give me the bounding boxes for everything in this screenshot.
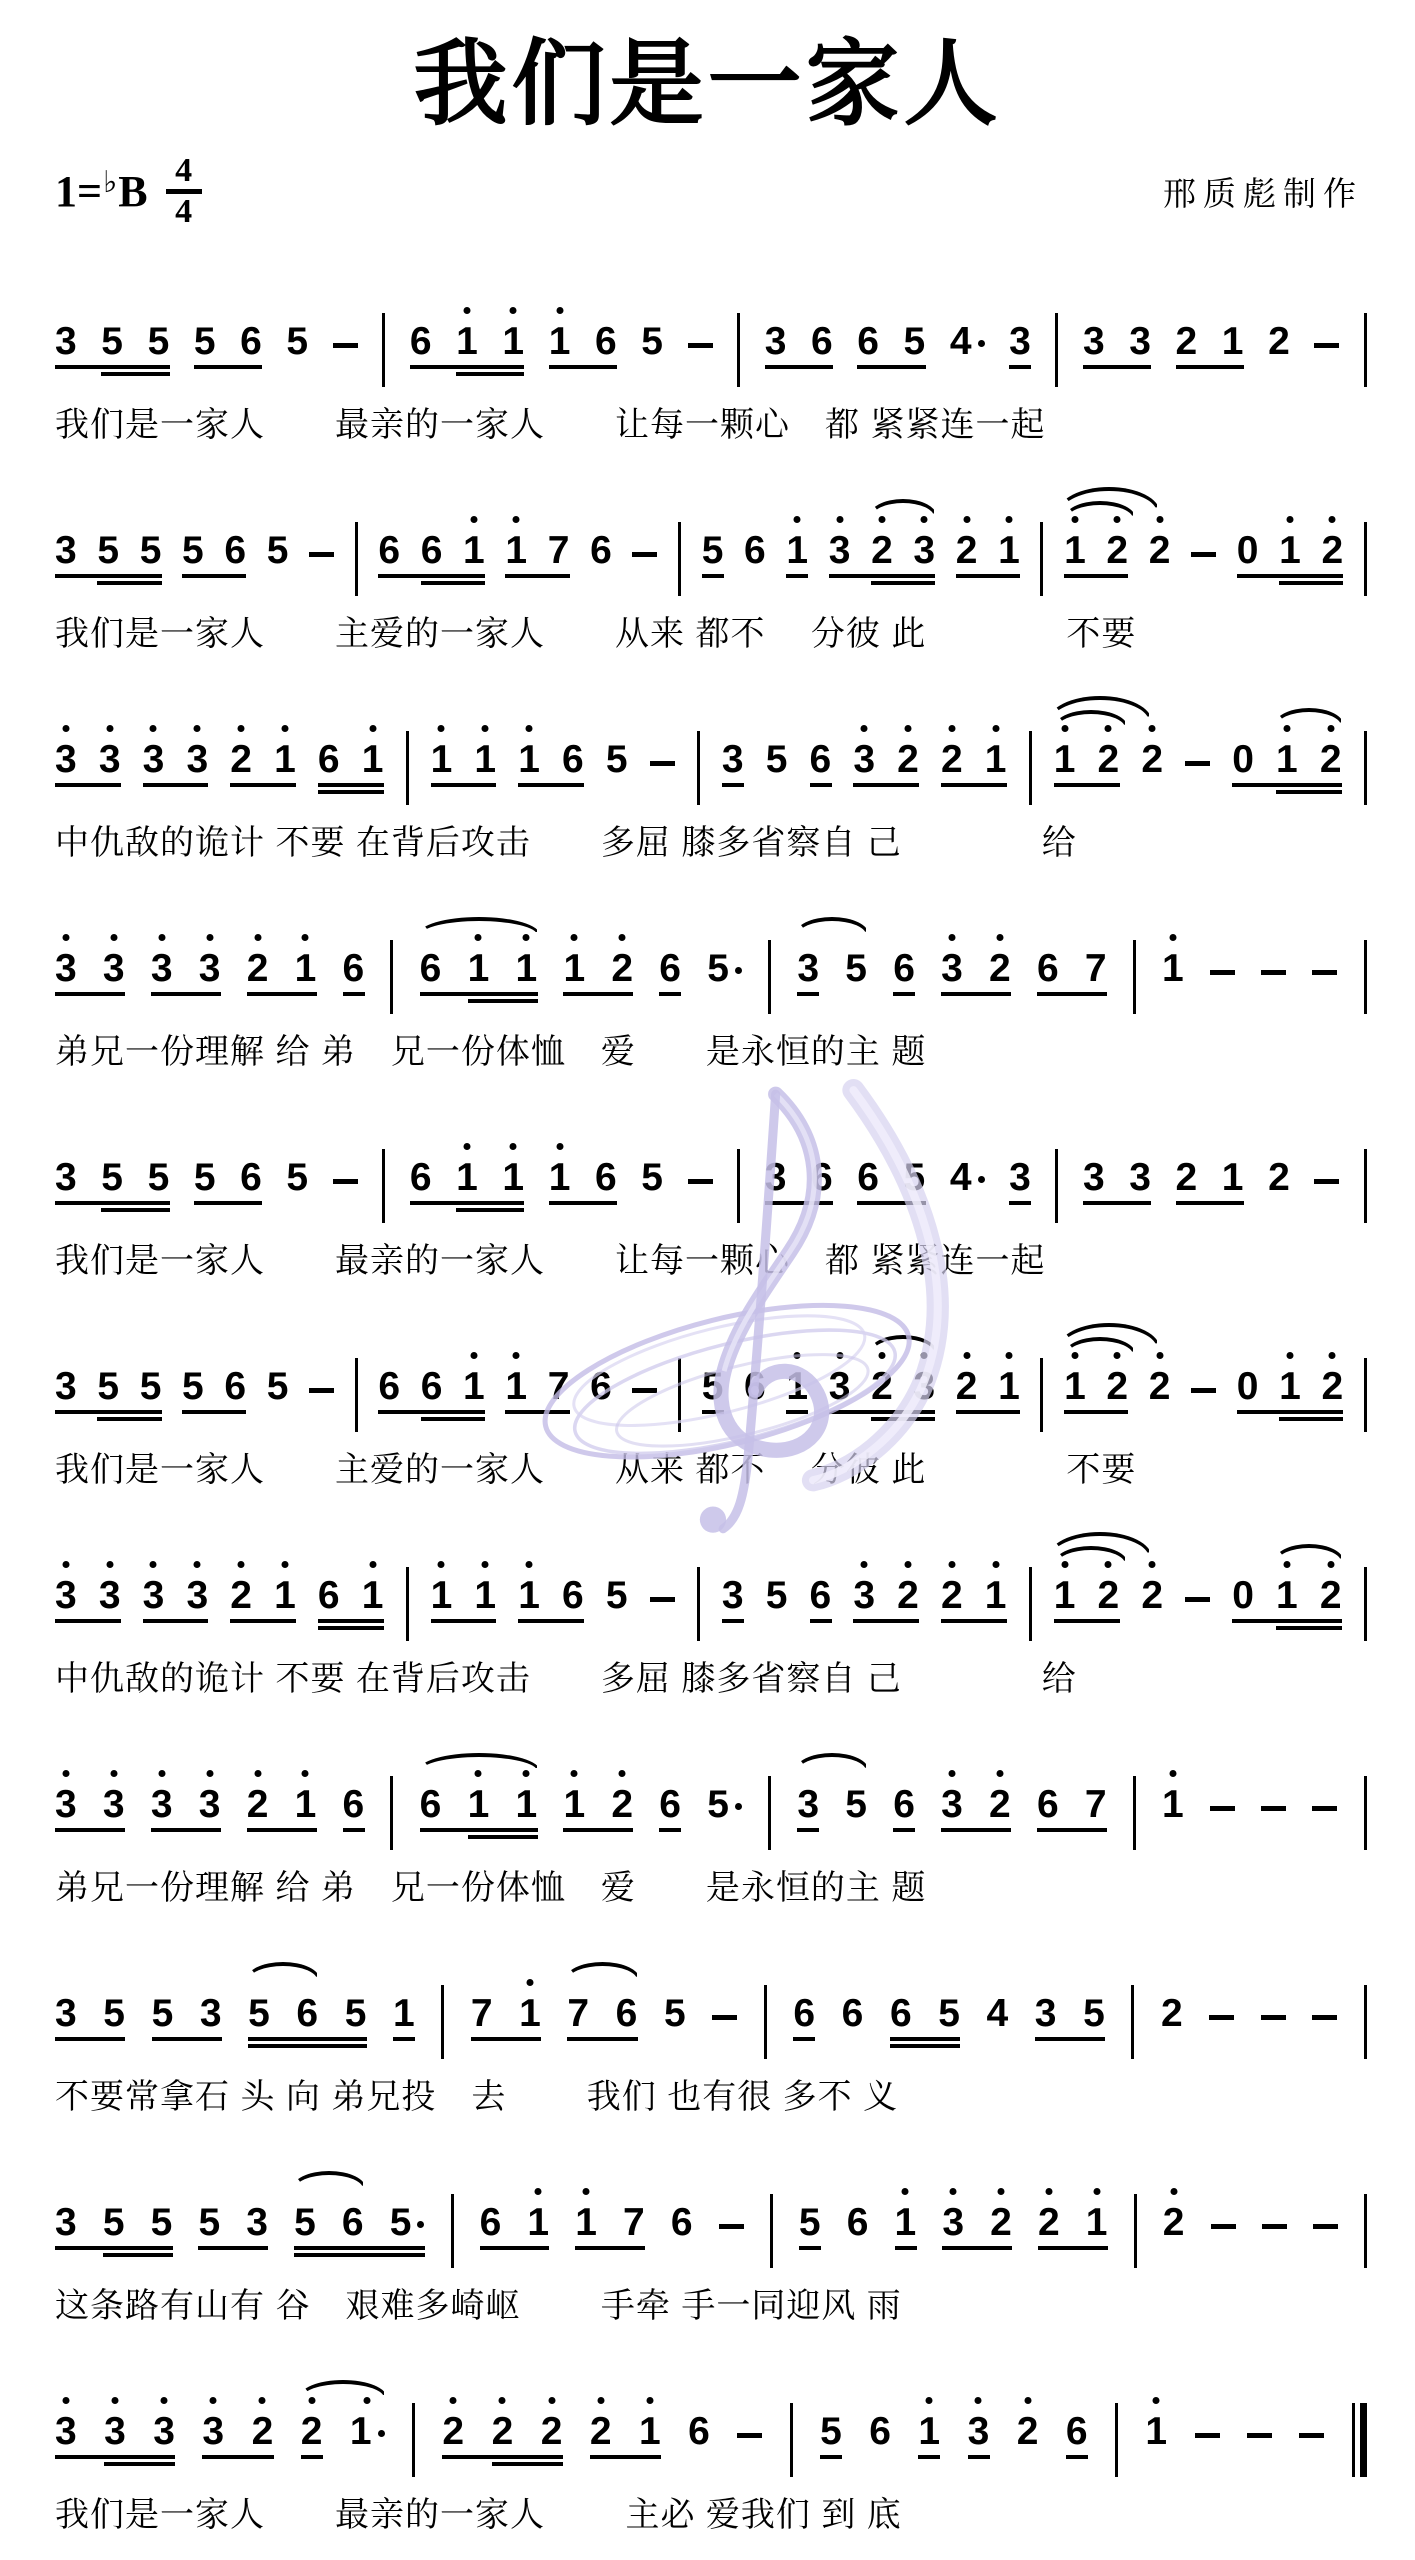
note: 6 (224, 1367, 246, 1407)
note: 6 (811, 1158, 833, 1198)
note-number: 2 (1149, 531, 1171, 571)
note-number: 7 (623, 2203, 645, 2243)
dash-note (333, 1158, 358, 1198)
beam-underline (549, 1201, 617, 1205)
beam-underline (765, 1201, 833, 1205)
dash-note (688, 322, 713, 362)
note: 5 (707, 1785, 742, 1825)
note: 2 (1268, 322, 1290, 362)
octave-dot (996, 934, 1003, 941)
note-number: 2 (301, 2412, 323, 2452)
time-signature-numerator: 4 (175, 156, 192, 186)
note: 1 (527, 2203, 549, 2243)
note-number: 2 (941, 1576, 963, 1616)
note-number: 5 (707, 949, 729, 989)
slur-arc (795, 1753, 869, 1771)
note: 2 (590, 2412, 612, 2452)
note: 5 (345, 1994, 367, 2034)
augmentation-dot (978, 340, 985, 347)
beam-underline (101, 1208, 170, 1212)
dash-note (1191, 531, 1216, 571)
note-number: 1 (502, 322, 524, 362)
octave-dot (161, 2397, 168, 2404)
score-line: 35556561116536654333212我们是一家人 最亲的一家人 让每一… (55, 296, 1367, 448)
note: 2 (1268, 1158, 1290, 1198)
note: 6 (410, 322, 432, 362)
beam-underline (182, 574, 246, 578)
octave-dot (206, 1770, 213, 1777)
slur-arc (869, 1335, 937, 1353)
note: 6 (595, 322, 617, 362)
octave-dot (150, 725, 157, 732)
note-number: 2 (1106, 531, 1128, 571)
note-number: 3 (55, 322, 77, 362)
note-number: 5 (766, 740, 788, 780)
note-number: 0 (1237, 1367, 1259, 1407)
note: 6 (671, 2203, 693, 2243)
octave-dot (921, 1352, 928, 1359)
dash-note (1261, 1994, 1286, 2034)
note: 3 (968, 2412, 990, 2452)
note-number: 6 (595, 1158, 617, 1198)
dash (1262, 2224, 1287, 2229)
octave-dot (158, 934, 165, 941)
note: 6 (744, 531, 766, 571)
beam-underline (941, 1619, 1007, 1623)
note-number: 6 (224, 531, 246, 571)
note-number: 5 (248, 1994, 270, 2034)
note-number: 6 (869, 2412, 891, 2452)
beam-underline (410, 365, 524, 369)
octave-dot (948, 934, 955, 941)
note: 3 (722, 1576, 744, 1616)
dash-note (650, 740, 675, 780)
lyrics-line: 我们是一家人 主爱的一家人 从来 都不 分彼 此 不要 (55, 611, 1367, 657)
barline (737, 313, 740, 387)
note-number: 6 (296, 1994, 318, 2034)
note-number: 1 (527, 2203, 549, 2243)
note-number: 6 (420, 1785, 442, 1825)
note: 1 (563, 949, 585, 989)
barline (1364, 1149, 1367, 1223)
barline (1133, 1776, 1136, 1850)
dash (1210, 1806, 1235, 1811)
note: 1 (516, 1785, 538, 1825)
barline (1134, 2194, 1137, 2268)
note: 1 (1276, 740, 1298, 780)
note-number: 1 (516, 1785, 538, 1825)
note-number: 3 (186, 740, 208, 780)
note: 2 (1141, 740, 1163, 780)
beam-underline (1232, 783, 1342, 787)
beam-underline (1066, 2455, 1088, 2459)
dash (632, 1388, 657, 1393)
beam-underline (55, 992, 125, 996)
note-number: 1 (1054, 1576, 1076, 1616)
barline (768, 940, 771, 1014)
octave-dot (438, 1561, 445, 1568)
note-number: 3 (55, 740, 77, 780)
beam-underline (182, 1410, 246, 1414)
note-number: 6 (378, 531, 400, 571)
score-line: 33332212222165613261我们是一家人 最亲的一家人 主必 爱我们… (55, 2386, 1367, 2538)
octave-dot (513, 1352, 520, 1359)
note-number: 1 (468, 1785, 490, 1825)
beam-underline (797, 992, 819, 996)
note: 2 (230, 740, 252, 780)
notes-row: 33332161111653563221122012 (55, 714, 1367, 802)
lyrics-line: 中仇敌的诡计 不要 在背后攻击 多屈 膝多省察自 己 给 (55, 820, 1367, 866)
note-number: 5 (148, 322, 170, 362)
note: 6 (342, 2203, 364, 2243)
score-line: 355356517176566654352不要常拿石 头 向 弟兄投 去 我们 … (55, 1968, 1367, 2120)
barline (1364, 1776, 1367, 1850)
note-number: 2 (590, 2412, 612, 2452)
octave-dot (926, 2397, 933, 2404)
dash (1195, 2433, 1220, 2438)
dash-note (1191, 1367, 1216, 1407)
note: 6 (616, 1994, 638, 2034)
note: 1 (474, 1576, 496, 1616)
note-number: 3 (913, 531, 935, 571)
note: 2 (956, 1367, 978, 1407)
note-number: 1 (1276, 1576, 1298, 1616)
note-number: 5 (140, 1367, 162, 1407)
octave-dot (470, 516, 477, 523)
dash-note (1262, 2203, 1287, 2243)
score-lines: 35556561116536654333212我们是一家人 最亲的一家人 让每一… (0, 252, 1415, 2538)
note-number: 3 (199, 949, 221, 989)
note: 1 (1276, 1576, 1298, 1616)
note-number: 1 (393, 1994, 415, 2034)
note-number: 2 (989, 949, 1011, 989)
note: 6 (240, 1158, 262, 1198)
note: 6 (224, 531, 246, 571)
octave-dot (194, 1561, 201, 1568)
octave-dot (463, 307, 470, 314)
beam-underline (702, 1410, 724, 1414)
note: 1 (639, 2412, 661, 2452)
note: 3 (99, 740, 121, 780)
note-number: 1 (1064, 531, 1086, 571)
beam-underline (55, 1201, 170, 1205)
dash-note (1209, 1994, 1234, 2034)
note: 5 (820, 2412, 842, 2452)
dash (333, 1179, 358, 1184)
note-number: 5 (938, 1994, 960, 2034)
note: 5 (606, 740, 628, 780)
final-barline (1352, 2403, 1367, 2477)
note-number: 6 (343, 1785, 365, 1825)
dash (632, 552, 657, 557)
notes-row: 35556561116536654333212 (55, 1132, 1367, 1220)
note-number: 6 (562, 1576, 584, 1616)
note: 1 (468, 949, 490, 989)
dash-note (1210, 1785, 1235, 1825)
note: 2 (1106, 1367, 1128, 1407)
beam-underline (248, 2037, 367, 2041)
octave-dot (619, 934, 626, 941)
note-number: 3 (722, 1576, 744, 1616)
note-number: 1 (1279, 531, 1301, 571)
beam-underline (549, 365, 617, 369)
note: 3 (1083, 1158, 1105, 1198)
lyrics-line: 弟兄一份理解 给 弟 兄一份体恤 爱 是永恒的主 题 (55, 1865, 1367, 1911)
note-number: 2 (897, 740, 919, 780)
note: 3 (765, 322, 787, 362)
note-number: 5 (151, 2203, 173, 2243)
sheet-page: 我们是一家人 1=♭B 4 4 邢质彪制作 355565611165366543… (0, 0, 1415, 2560)
note-number: 1 (549, 322, 571, 362)
dash (719, 2224, 744, 2229)
credit-text: 邢质彪制作 (1163, 156, 1363, 215)
note: 6 (659, 1785, 681, 1825)
beam-underline (1035, 2037, 1105, 2041)
note-number: 5 (103, 2203, 125, 2243)
dash (1185, 761, 1210, 766)
note: 3 (151, 1785, 173, 1825)
note: 1 (1064, 531, 1086, 571)
beam-underline (1176, 1201, 1244, 1205)
octave-dot (523, 934, 530, 941)
note: 2 (1149, 1367, 1171, 1407)
beam-underline (104, 2462, 175, 2466)
note-number: 1 (295, 949, 317, 989)
octave-dot (281, 1561, 288, 1568)
note-number: 6 (893, 949, 915, 989)
note-number: 1 (463, 1367, 485, 1407)
note: 6 (420, 949, 442, 989)
barline (1115, 2403, 1118, 2477)
note-number: 5 (799, 2203, 821, 2243)
note-number: 5 (641, 1158, 663, 1198)
note: 6 (378, 1367, 400, 1407)
note-number: 2 (1321, 1367, 1343, 1407)
note: 2 (247, 949, 269, 989)
note: 7 (1085, 949, 1107, 989)
octave-dot (62, 2397, 69, 2404)
note-number: 6 (421, 531, 443, 571)
note-number: 0 (1232, 1576, 1254, 1616)
note: 1 (549, 1158, 571, 1198)
octave-dot (1329, 516, 1336, 523)
note: 1 (362, 740, 384, 780)
note: 6 (857, 322, 879, 362)
note: 6 (793, 1994, 815, 2034)
page-title: 我们是一家人 (0, 0, 1415, 140)
note: 4 (950, 1158, 985, 1198)
note-number: 2 (941, 740, 963, 780)
score-line: 3333216611126535632671弟兄一份理解 给 弟 兄一份体恤 爱… (55, 1759, 1367, 1911)
dash (688, 343, 713, 348)
note: 5 (286, 322, 308, 362)
note-number: 5 (702, 1367, 724, 1407)
octave-dot (548, 2397, 555, 2404)
note: 3 (55, 1158, 77, 1198)
barline (1364, 1985, 1367, 2059)
note-number: 3 (1083, 322, 1105, 362)
note: 2 (956, 531, 978, 571)
beam-underline (151, 1828, 221, 1832)
barline (1040, 1358, 1043, 1432)
note-number: 3 (1009, 1158, 1031, 1198)
slur-arc (869, 499, 937, 517)
note: 6 (810, 740, 832, 780)
octave-dot (526, 1979, 533, 1986)
beam-underline (393, 2037, 415, 2041)
note: 1 (918, 2412, 940, 2452)
note-number: 2 (1106, 1367, 1128, 1407)
dash-note (688, 1158, 713, 1198)
beam-underline (318, 1626, 384, 1630)
note-number: 5 (198, 2203, 220, 2243)
note-number: 3 (246, 2203, 268, 2243)
note-number: 6 (857, 322, 879, 362)
beam-underline (786, 574, 808, 578)
note-number: 3 (55, 949, 77, 989)
note: 6 (343, 1785, 365, 1825)
beam-underline (871, 1417, 935, 1421)
note-number: 1 (1222, 1158, 1244, 1198)
key-prefix: 1= (55, 167, 102, 216)
note: 1 (549, 322, 571, 362)
barline (406, 731, 409, 805)
note-number: 5 (194, 1158, 216, 1198)
beam-underline (1176, 365, 1244, 369)
note: 1 (502, 322, 524, 362)
note-number: 3 (55, 2203, 77, 2243)
beam-underline (857, 1201, 926, 1205)
beam-underline (1279, 581, 1343, 585)
barline (1364, 1358, 1367, 1432)
note: 6 (590, 531, 612, 571)
note: 5 (97, 531, 119, 571)
note-number: 7 (548, 531, 570, 571)
dash-note (1185, 740, 1210, 780)
lyrics-line: 我们是一家人 最亲的一家人 让每一颗心 都 紧紧连一起 (55, 1238, 1367, 1284)
note-number: 6 (410, 1158, 432, 1198)
note-number: 1 (998, 1367, 1020, 1407)
note-number: 2 (897, 1576, 919, 1616)
note-number: 5 (845, 1785, 867, 1825)
note-number: 3 (143, 740, 165, 780)
note-number: 2 (442, 2412, 464, 2452)
note-number: 1 (563, 949, 585, 989)
note-number: 5 (1083, 1994, 1105, 2034)
note: 6 (688, 2412, 710, 2452)
beam-underline (659, 992, 681, 996)
beam-underline (518, 783, 584, 787)
octave-dot (62, 1561, 69, 1568)
octave-dot (62, 725, 69, 732)
octave-dot (302, 1770, 309, 1777)
note-number: 6 (1037, 949, 1059, 989)
octave-dot (475, 1770, 482, 1777)
note-number: 5 (194, 322, 216, 362)
note: 6 (240, 322, 262, 362)
note-number: 1 (456, 1158, 478, 1198)
note: 2 (897, 740, 919, 780)
note-number: 3 (55, 1158, 77, 1198)
lyrics-line: 中仇敌的诡计 不要 在背后攻击 多屈 膝多省察自 己 给 (55, 1656, 1367, 1702)
note-number: 3 (104, 2412, 126, 2452)
beam-underline (1083, 365, 1151, 369)
octave-dot (364, 2397, 371, 2404)
note-number: 1 (468, 949, 490, 989)
note-number: 6 (744, 1367, 766, 1407)
note-number: 2 (252, 2412, 274, 2452)
note-number: 3 (103, 949, 125, 989)
beam-underline (810, 783, 832, 787)
note-number: 1 (519, 1994, 541, 2034)
note: 1 (518, 740, 540, 780)
beam-underline (956, 574, 1020, 578)
note: 2 (301, 2412, 323, 2452)
octave-dot (948, 1561, 955, 1568)
octave-dot (1327, 1561, 1334, 1568)
note-number: 3 (55, 1785, 77, 1825)
note-number: 1 (1086, 2203, 1108, 2243)
beam-underline (143, 1619, 208, 1623)
beam-underline (1009, 1201, 1031, 1205)
note: 1 (518, 1576, 540, 1616)
note-number: 1 (474, 740, 496, 780)
note-number: 5 (286, 322, 308, 362)
dash (1261, 2015, 1286, 2020)
note-number: 4 (987, 1994, 1009, 2034)
note-number: 1 (895, 2203, 917, 2243)
octave-dot (369, 1561, 376, 1568)
note: 5 (664, 1994, 686, 2034)
note: 5 (103, 1994, 125, 2034)
note: 1 (1162, 949, 1184, 989)
note: 5 (845, 1785, 867, 1825)
note: 6 (343, 949, 365, 989)
note-number: 6 (659, 1785, 681, 1825)
score-line: 35556566117656132321122012我们是一家人 主爱的一家人 … (55, 505, 1367, 657)
score-line: 35556561116536654333212我们是一家人 最亲的一家人 让每一… (55, 1132, 1367, 1284)
note-number: 2 (247, 1785, 269, 1825)
beam-underline (248, 2044, 367, 2048)
beam-underline (421, 581, 485, 585)
notes-row: 35556561116536654333212 (55, 296, 1367, 384)
note: 3 (797, 1785, 819, 1825)
note: 6 (811, 322, 833, 362)
note-number: 1 (1276, 740, 1298, 780)
note-number: 1 (786, 1367, 808, 1407)
note-number: 5 (152, 1994, 174, 2034)
note-number: 0 (1237, 531, 1259, 571)
note-number: 5 (101, 1158, 123, 1198)
note: 3 (913, 1367, 935, 1407)
beam-underline (55, 2455, 175, 2459)
note-number: 7 (1085, 1785, 1107, 1825)
slur-arc (299, 2380, 387, 2398)
barline (1364, 313, 1367, 387)
octave-dot (254, 1770, 261, 1777)
octave-dot (158, 1770, 165, 1777)
slur-arc (565, 1962, 640, 1980)
barline (441, 1985, 444, 2059)
note-number: 7 (567, 1994, 589, 2034)
octave-dot (1283, 725, 1290, 732)
beam-underline (343, 1828, 365, 1832)
note-number: 1 (1064, 1367, 1086, 1407)
beam-underline (194, 365, 262, 369)
note-number: 3 (200, 1994, 222, 2034)
note: 3 (1083, 322, 1105, 362)
note: 1 (274, 1576, 296, 1616)
